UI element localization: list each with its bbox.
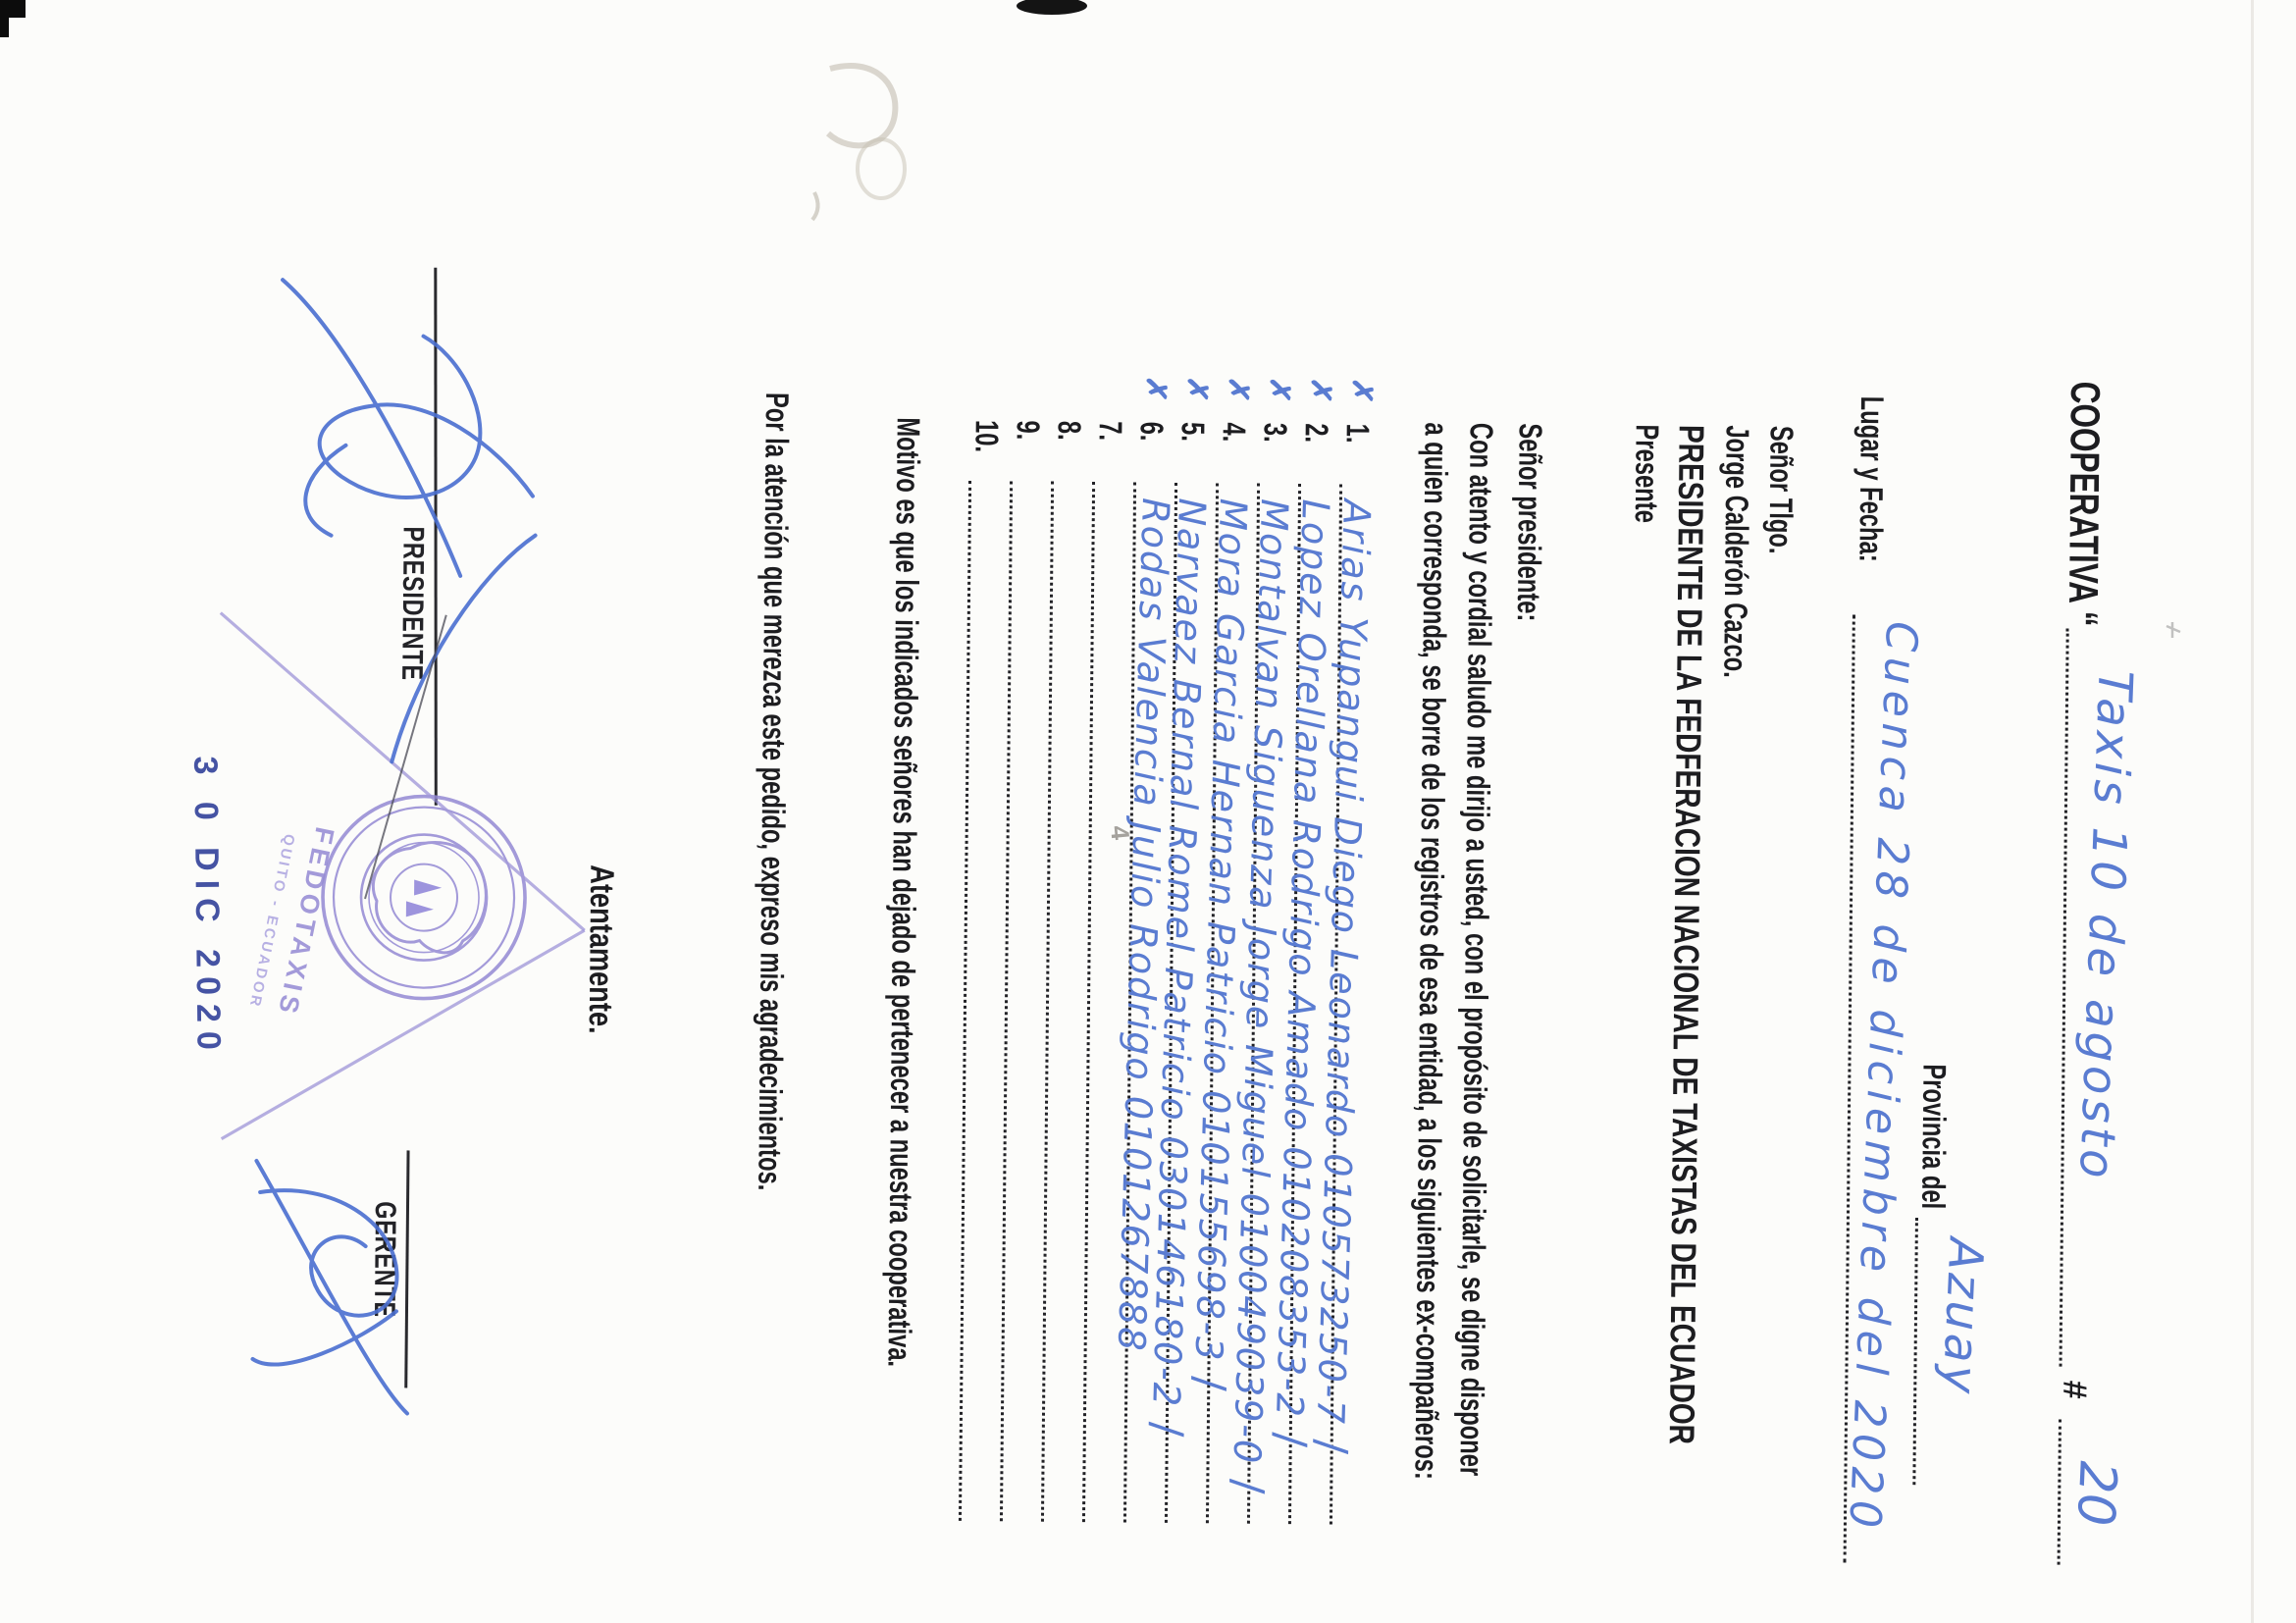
cooperative-label: COOPERATIVA “ (2060, 382, 2109, 627)
dotted-line (1912, 1218, 1918, 1485)
recipient-line-1: Señor Tlgo. (1761, 426, 1800, 554)
check-mark-icon: ✗ (1260, 375, 1297, 404)
scanned-document: COOPERATIVA “ # Taxis 10 de agosto 20 Pr… (0, 0, 2296, 1623)
list-number: 7. (1092, 421, 1129, 441)
check-mark-icon: ✗ (1177, 375, 1215, 404)
check-mark-icon: ✗ (1301, 376, 1338, 405)
manager-label: GERENTE (367, 1201, 401, 1318)
check-mark-icon: ✗ (1342, 376, 1380, 405)
recipient-line-3: PRESIDENTE DE LA FEDFERACION NACIONAL DE… (1661, 425, 1712, 1444)
recipient-line-2: Jorge Calderón Cazco. (1716, 425, 1755, 678)
manager-signature-line (404, 1150, 409, 1387)
date-stamp: 3 0 DIC 2020 (185, 756, 227, 1059)
list-number: 2. (1298, 423, 1335, 443)
list-number: 9. (1010, 420, 1047, 440)
closing-request-line: Por la atención que merezca este pedido,… (751, 393, 796, 1191)
letter-content: COOPERATIVA “ # Taxis 10 de agosto 20 Pr… (0, 0, 2296, 1623)
stamp-org-text: FEDOTAXIS (272, 824, 339, 1021)
handwritten-cooperative-name: Taxis 10 de agosto (2068, 669, 2143, 1182)
check-mark-icon: ✗ (1219, 375, 1256, 404)
dotted-line (2058, 1420, 2061, 1565)
letter-page: COOPERATIVA “ # Taxis 10 de agosto 20 Pr… (0, 0, 2296, 1623)
list-number: 4. (1216, 422, 1253, 442)
closing-word: Atentamente. (581, 864, 621, 1034)
recipient-line-4: Presente (1628, 424, 1666, 523)
province-label: Provincia del (1914, 1064, 1953, 1209)
handwritten-province: Azuay (1931, 1236, 1993, 1397)
handwritten-number: 20 (2065, 1460, 2127, 1528)
list-number: 1. (1339, 424, 1377, 444)
list-number: 10. (967, 420, 1005, 452)
body-line-1: Con atento y cordial saludo me dirijo a … (1452, 423, 1499, 1477)
president-label: PRESIDENTE (394, 526, 430, 681)
number-sign: # (2055, 1381, 2093, 1399)
check-mark-icon: ✗ (1136, 374, 1174, 403)
ex-member-list: ✗1.Arias Yupangui Diego Leonardo 0105732… (943, 0, 1381, 1617)
list-number: 6. (1133, 422, 1171, 442)
salutation: Señor presidente: (1510, 423, 1549, 621)
place-date-label: Lugar y Fecha: (1852, 396, 1891, 562)
president-signature-line (434, 268, 437, 806)
list-number: 5. (1174, 422, 1212, 442)
list-number: 3. (1257, 423, 1294, 443)
list-number: 8. (1051, 421, 1088, 441)
fedotaxis-stamp-icon (216, 613, 588, 1143)
dotted-line (2060, 629, 2069, 1367)
dotted-line (959, 481, 971, 1521)
motive-line: Motivo es que los indicados señores han … (880, 417, 926, 1367)
president-signature-ink (278, 280, 538, 762)
body-line-2: a quien corresponda, se borre de los reg… (1407, 422, 1454, 1480)
pencil-mark: 4 (1104, 824, 1135, 841)
stamp-location-text: QUITO - ECUADOR (245, 832, 297, 1010)
